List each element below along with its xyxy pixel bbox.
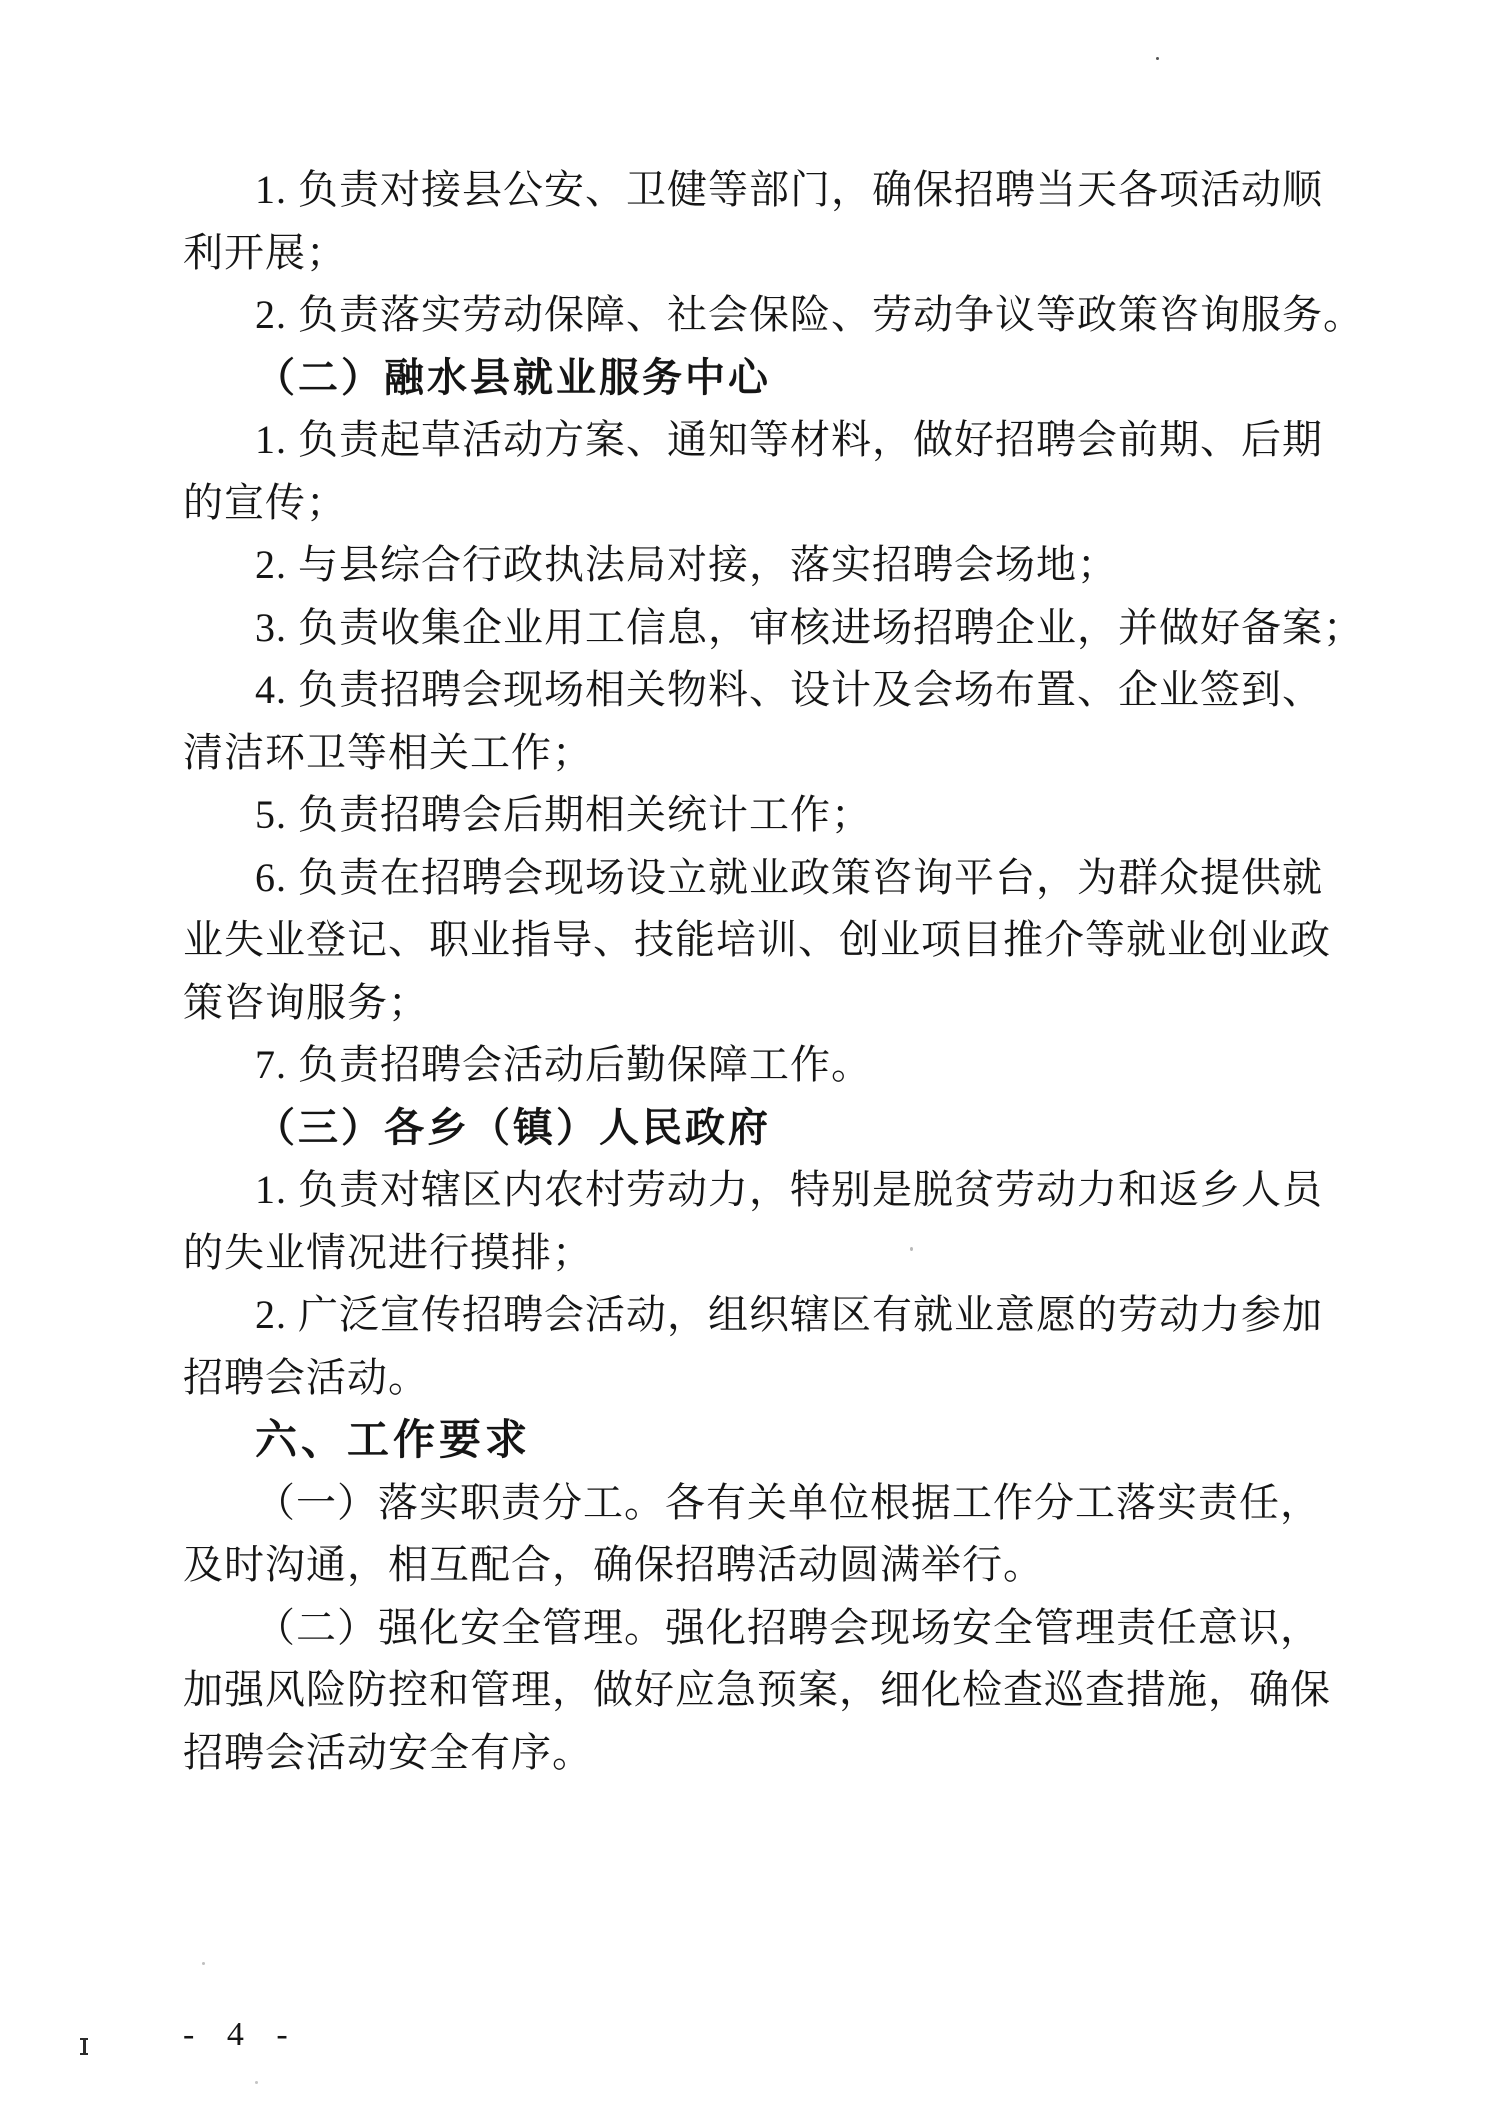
doc-line: 及时沟通，相互配合，确保招聘活动圆满举行。 — [183, 1534, 1363, 1597]
doc-line: 招聘会活动安全有序。 — [183, 1722, 1363, 1785]
scan-speck — [255, 2081, 258, 2084]
doc-line: 5. 负责招聘会后期相关统计工作； — [183, 784, 1363, 847]
doc-line: 2. 负责落实劳动保障、社会保险、劳动争议等政策咨询服务。 — [183, 284, 1363, 347]
doc-line: 清洁环卫等相关工作； — [183, 722, 1363, 785]
doc-line: 六、工作要求 — [183, 1409, 1363, 1472]
doc-line: 7. 负责招聘会活动后勤保障工作。 — [183, 1034, 1363, 1097]
doc-line: 的失业情况进行摸排； — [183, 1222, 1363, 1285]
doc-line: 业失业登记、职业指导、技能培训、创业项目推介等就业创业政 — [183, 909, 1363, 972]
page-number: - 4 - — [183, 2016, 300, 2053]
scan-speck — [1156, 57, 1159, 60]
doc-line: （一）落实职责分工。各有关单位根据工作分工落实责任， — [183, 1472, 1363, 1535]
doc-line: 3. 负责收集企业用工信息，审核进场招聘企业，并做好备案； — [183, 597, 1363, 660]
doc-line: 策咨询服务； — [183, 972, 1363, 1035]
doc-line: 1. 负责对接县公安、卫健等部门，确保招聘当天各项活动顺 — [183, 159, 1363, 222]
doc-line: 招聘会活动。 — [183, 1347, 1363, 1410]
scan-artifact-ibeam — [78, 2038, 90, 2055]
document-body: 1. 负责对接县公安、卫健等部门，确保招聘当天各项活动顺利开展；2. 负责落实劳… — [183, 159, 1363, 1784]
doc-line: （二）融水县就业服务中心 — [183, 347, 1363, 410]
doc-line: 加强风险防控和管理，做好应急预案，细化检查巡查措施，确保 — [183, 1659, 1363, 1722]
doc-line: 2. 广泛宣传招聘会活动，组织辖区有就业意愿的劳动力参加 — [183, 1284, 1363, 1347]
scan-speck — [202, 1962, 205, 1965]
doc-line: 1. 负责对辖区内农村劳动力，特别是脱贫劳动力和返乡人员 — [183, 1159, 1363, 1222]
doc-line: 利开展； — [183, 222, 1363, 285]
doc-line: 2. 与县综合行政执法局对接，落实招聘会场地； — [183, 534, 1363, 597]
scanned-document-page: 1. 负责对接县公安、卫健等部门，确保招聘当天各项活动顺利开展；2. 负责落实劳… — [0, 0, 1489, 2106]
doc-line: （二）强化安全管理。强化招聘会现场安全管理责任意识， — [183, 1597, 1363, 1660]
doc-line: 1. 负责起草活动方案、通知等材料，做好招聘会前期、后期 — [183, 409, 1363, 472]
doc-line: 的宣传； — [183, 472, 1363, 535]
page-footer: - 4 - — [183, 2014, 300, 2056]
scan-speck — [910, 1247, 913, 1251]
doc-line: 4. 负责招聘会现场相关物料、设计及会场布置、企业签到、 — [183, 659, 1363, 722]
doc-line: 6. 负责在招聘会现场设立就业政策咨询平台，为群众提供就 — [183, 847, 1363, 910]
doc-line: （三）各乡（镇）人民政府 — [183, 1097, 1363, 1160]
